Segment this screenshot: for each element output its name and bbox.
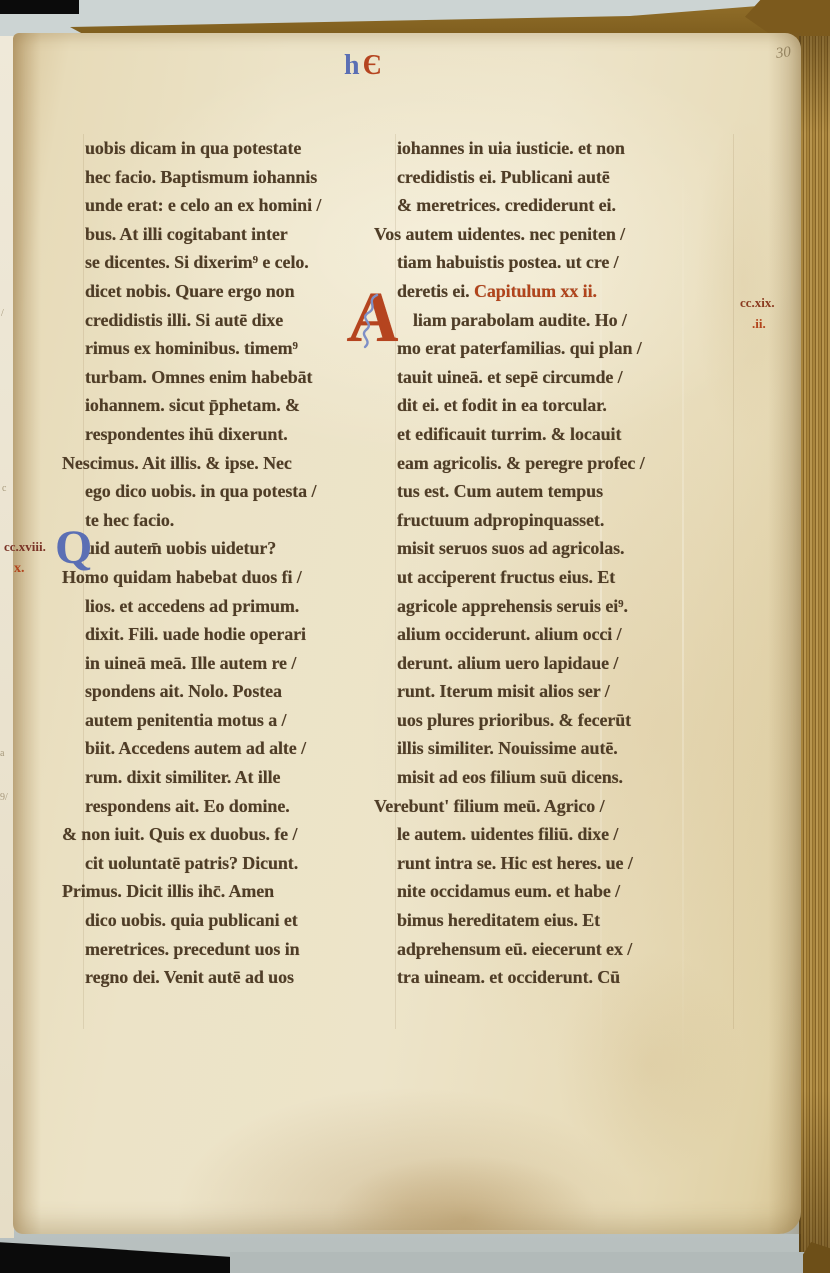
text-line: le autem. uidentes filiū. dixe / <box>397 820 645 849</box>
text-line: uobis dicam in qua potestate <box>85 134 321 163</box>
text-column-right: iohannes in uia iusticie. et noncredidis… <box>397 134 645 992</box>
text-line: et edificauit turrim. & locauit <box>397 420 645 449</box>
body-text: runt intra se. Hic est heres. ue / <box>397 853 633 873</box>
body-text: et edificauit turrim. & locauit <box>397 424 621 444</box>
text-line: cit uoluntatē patris? Dicunt. <box>85 849 321 878</box>
body-text: mo erat paterfamilias. qui plan / <box>397 338 642 358</box>
body-text: se dicentes. Si dixerim⁹ e celo. <box>85 252 309 272</box>
body-text: misit seruos suos ad agricolas. <box>397 538 624 558</box>
text-line: in uineā meā. Ille autem re / <box>85 649 321 678</box>
text-line: spondens ait. Nolo. Postea <box>85 677 321 706</box>
body-text: uos plures prioribus. & fecerūt <box>397 710 631 730</box>
text-line: credidistis illi. Si autē dixe <box>85 306 321 335</box>
background-corner-top-left <box>0 0 79 14</box>
text-line: misit seruos suos ad agricolas. <box>397 534 645 563</box>
facing-page-edge <box>0 36 14 1238</box>
body-text: & non iuit. Quis ex duobus. fe / <box>62 824 297 844</box>
ruling-line <box>395 134 396 1029</box>
background-corner-bottom-left <box>0 1238 236 1273</box>
running-title-letter-e: Є <box>363 50 385 81</box>
body-text: tauit uineā. et sepē circumde / <box>397 367 623 387</box>
edge-mark: a <box>0 748 4 759</box>
text-line: Nescimus. Ait illis. & ipse. Nec <box>62 449 321 478</box>
text-line: hec facio. Baptismum iohannis <box>85 163 321 192</box>
body-text: turbam. Omnes enim habebāt <box>85 367 312 387</box>
body-text: rum. dixit similiter. At ille <box>85 767 280 787</box>
body-text: fructuum adpropinquasset. <box>397 510 604 530</box>
text-line: unde erat: e celo an ex homini / <box>85 191 321 220</box>
edge-mark: / <box>1 308 4 319</box>
body-text: alium occiderunt. alium occi / <box>397 624 621 644</box>
text-line: tiam habuistis postea. ut cre / <box>397 248 645 277</box>
body-text: Verebunt' filium meū. Agrico / <box>374 796 605 816</box>
running-title-letter-h: h <box>344 50 363 81</box>
text-line: uid autem̄ uobis uidetur? <box>85 534 321 563</box>
body-text: unde erat: e celo an ex homini / <box>85 195 321 215</box>
body-text: Vos autem uidentes. nec peniten / <box>374 224 625 244</box>
text-line: runt. Iterum misit alios ser / <box>397 677 645 706</box>
body-text: respondentes ihū dixerunt. <box>85 424 288 444</box>
body-text: adprehensum eū. eiecerunt ex / <box>397 939 632 959</box>
body-text: cit uoluntatē patris? Dicunt. <box>85 853 298 873</box>
body-text: tra uineam. et occiderunt. Cū <box>397 967 620 987</box>
running-title: hЄ <box>344 50 385 82</box>
body-text: dico uobis. quia publicani et <box>85 910 298 930</box>
body-text: deretis ei. <box>397 281 474 301</box>
text-line: eam agricolis. & peregre profec / <box>397 449 645 478</box>
body-text: dicet nobis. Quare ergo non <box>85 281 294 301</box>
paragraph-initial-q: Q <box>55 524 92 572</box>
body-text: biit. Accedens autem ad alte / <box>85 738 306 758</box>
text-line: alium occiderunt. alium occi / <box>397 620 645 649</box>
initial-flourish-icon <box>360 292 384 352</box>
text-line: respondens ait. Eo domine. <box>85 792 321 821</box>
text-line: runt intra se. Hic est heres. ue / <box>397 849 645 878</box>
body-text: dit ei. et fodit in ea torcular. <box>397 395 607 415</box>
text-line: derunt. alium uero lapidaue / <box>397 649 645 678</box>
text-line: & meretrices. crediderunt ei. <box>397 191 645 220</box>
text-line: ego dico uobis. in qua potesta / <box>85 477 321 506</box>
text-column-left: uobis dicam in qua potestatehec facio. B… <box>85 134 321 992</box>
text-line: & non iuit. Quis ex duobus. fe / <box>62 820 321 849</box>
body-text: dixit. Fili. uade hodie operari <box>85 624 306 644</box>
text-line: bus. At illi cogitabant inter <box>85 220 321 249</box>
text-line: adprehensum eū. eiecerunt ex / <box>397 935 645 964</box>
body-text: Homo quidam habebat duos fi / <box>62 567 302 587</box>
gutter-shadow <box>13 33 41 1234</box>
body-text: uobis dicam in qua potestate <box>85 138 301 158</box>
text-line: autem penitentia motus a / <box>85 706 321 735</box>
body-text: regno dei. Venit autē ad uos <box>85 967 294 987</box>
text-line: turbam. Omnes enim habebāt <box>85 363 321 392</box>
text-line: dit ei. et fodit in ea torcular. <box>397 391 645 420</box>
text-line: Vos autem uidentes. nec peniten / <box>374 220 645 249</box>
text-line: dicet nobis. Quare ergo non <box>85 277 321 306</box>
body-text: tiam habuistis postea. ut cre / <box>397 252 619 272</box>
body-text: derunt. alium uero lapidaue / <box>397 653 618 673</box>
body-text: nite occidamus eum. et habe / <box>397 881 620 901</box>
text-line: respondentes ihū dixerunt. <box>85 420 321 449</box>
text-line: tus est. Cum autem tempus <box>397 477 645 506</box>
parchment-fold-line <box>682 150 684 1070</box>
text-line: iohannem. sicut p̄phetam. & <box>85 391 321 420</box>
body-text: iohannes in uia iusticie. et non <box>397 138 625 158</box>
text-line: misit ad eos filium suū dicens. <box>397 763 645 792</box>
text-line: biit. Accedens autem ad alte / <box>85 734 321 763</box>
margin-note-right-number: .ii. <box>752 316 766 332</box>
text-line: Primus. Dicit illis ihc̄. Amen <box>62 877 321 906</box>
text-line: lios. et accedens ad primum. <box>85 592 321 621</box>
body-text: runt. Iterum misit alios ser / <box>397 681 610 701</box>
text-line: fructuum adpropinquasset. <box>397 506 645 535</box>
text-line: deretis ei. Capitulum xx ii. <box>397 277 645 306</box>
text-line: nite occidamus eum. et habe / <box>397 877 645 906</box>
body-text: spondens ait. Nolo. Postea <box>85 681 282 701</box>
body-text: le autem. uidentes filiū. dixe / <box>397 824 618 844</box>
text-line: bimus hereditatem eius. Et <box>397 906 645 935</box>
body-text: credidistis illi. Si autē dixe <box>85 310 283 330</box>
table-surface <box>230 1252 830 1273</box>
manuscript-photo: hЄ 30 uobis dicam in qua potestatehec fa… <box>0 0 830 1273</box>
text-line: iohannes in uia iusticie. et non <box>397 134 645 163</box>
text-line: tauit uineā. et sepē circumde / <box>397 363 645 392</box>
margin-note-left-number: x. <box>14 561 25 577</box>
body-text: tus est. Cum autem tempus <box>397 481 603 501</box>
text-line: liam parabolam audite. Ho / <box>413 306 645 335</box>
body-text: liam parabolam audite. Ho / <box>413 310 627 330</box>
fore-edge-shadow <box>799 36 830 1262</box>
margin-note-left-chapter: cc.xviii. <box>4 539 46 555</box>
body-text: ut acciperent fructus eius. Et <box>397 567 615 587</box>
text-line: credidistis ei. Publicani autē <box>397 163 645 192</box>
text-line: dico uobis. quia publicani et <box>85 906 321 935</box>
body-text: respondens ait. Eo domine. <box>85 796 290 816</box>
text-line: regno dei. Venit autē ad uos <box>85 963 321 992</box>
text-line: rimus ex hominibus. timem⁹ <box>85 334 321 363</box>
rubric-text: Capitulum xx ii. <box>474 281 597 301</box>
body-text: & meretrices. crediderunt ei. <box>397 195 616 215</box>
body-text: bimus hereditatem eius. Et <box>397 910 600 930</box>
margin-note-right-chapter: cc.xix. <box>740 295 775 311</box>
body-text: Nescimus. Ait illis. & ipse. Nec <box>62 453 292 473</box>
body-text: Primus. Dicit illis ihc̄. Amen <box>62 881 274 901</box>
body-text: uid autem̄ uobis uidetur? <box>85 538 276 558</box>
text-line: Verebunt' filium meū. Agrico / <box>374 792 645 821</box>
body-text: illis similiter. Nouissime autē. <box>397 738 618 758</box>
body-text: misit ad eos filium suū dicens. <box>397 767 623 787</box>
text-line: illis similiter. Nouissime autē. <box>397 734 645 763</box>
edge-mark: c <box>2 483 6 494</box>
edge-mark: 9/ <box>0 792 8 803</box>
text-line: te hec facio. <box>85 506 321 535</box>
text-line: agricole apprehensis seruis ei⁹. <box>397 592 645 621</box>
body-text: ego dico uobis. in qua potesta / <box>85 481 316 501</box>
body-text: eam agricolis. & peregre profec / <box>397 453 645 473</box>
body-text: bus. At illi cogitabant inter <box>85 224 288 244</box>
body-text: in uineā meā. Ille autem re / <box>85 653 296 673</box>
text-line: uos plures prioribus. & fecerūt <box>397 706 645 735</box>
body-text: agricole apprehensis seruis ei⁹. <box>397 596 628 616</box>
text-line: Homo quidam habebat duos fi / <box>62 563 321 592</box>
parchment-stain <box>695 120 790 440</box>
body-text: iohannem. sicut p̄phetam. & <box>85 395 300 415</box>
text-line: tra uineam. et occiderunt. Cū <box>397 963 645 992</box>
text-line: meretrices. precedunt uos in <box>85 935 321 964</box>
text-line: se dicentes. Si dixerim⁹ e celo. <box>85 248 321 277</box>
ruling-line <box>733 134 734 1029</box>
body-text: te hec facio. <box>85 510 174 530</box>
body-text: autem penitentia motus a / <box>85 710 286 730</box>
body-text: hec facio. Baptismum iohannis <box>85 167 317 187</box>
folio-number: 30 <box>775 44 792 63</box>
body-text: meretrices. precedunt uos in <box>85 939 300 959</box>
text-line: mo erat paterfamilias. qui plan / <box>397 334 645 363</box>
text-line: rum. dixit similiter. At ille <box>85 763 321 792</box>
body-text: credidistis ei. Publicani autē <box>397 167 610 187</box>
text-line: ut acciperent fructus eius. Et <box>397 563 645 592</box>
body-text: lios. et accedens ad primum. <box>85 596 299 616</box>
text-line: dixit. Fili. uade hodie operari <box>85 620 321 649</box>
body-text: rimus ex hominibus. timem⁹ <box>85 338 298 358</box>
